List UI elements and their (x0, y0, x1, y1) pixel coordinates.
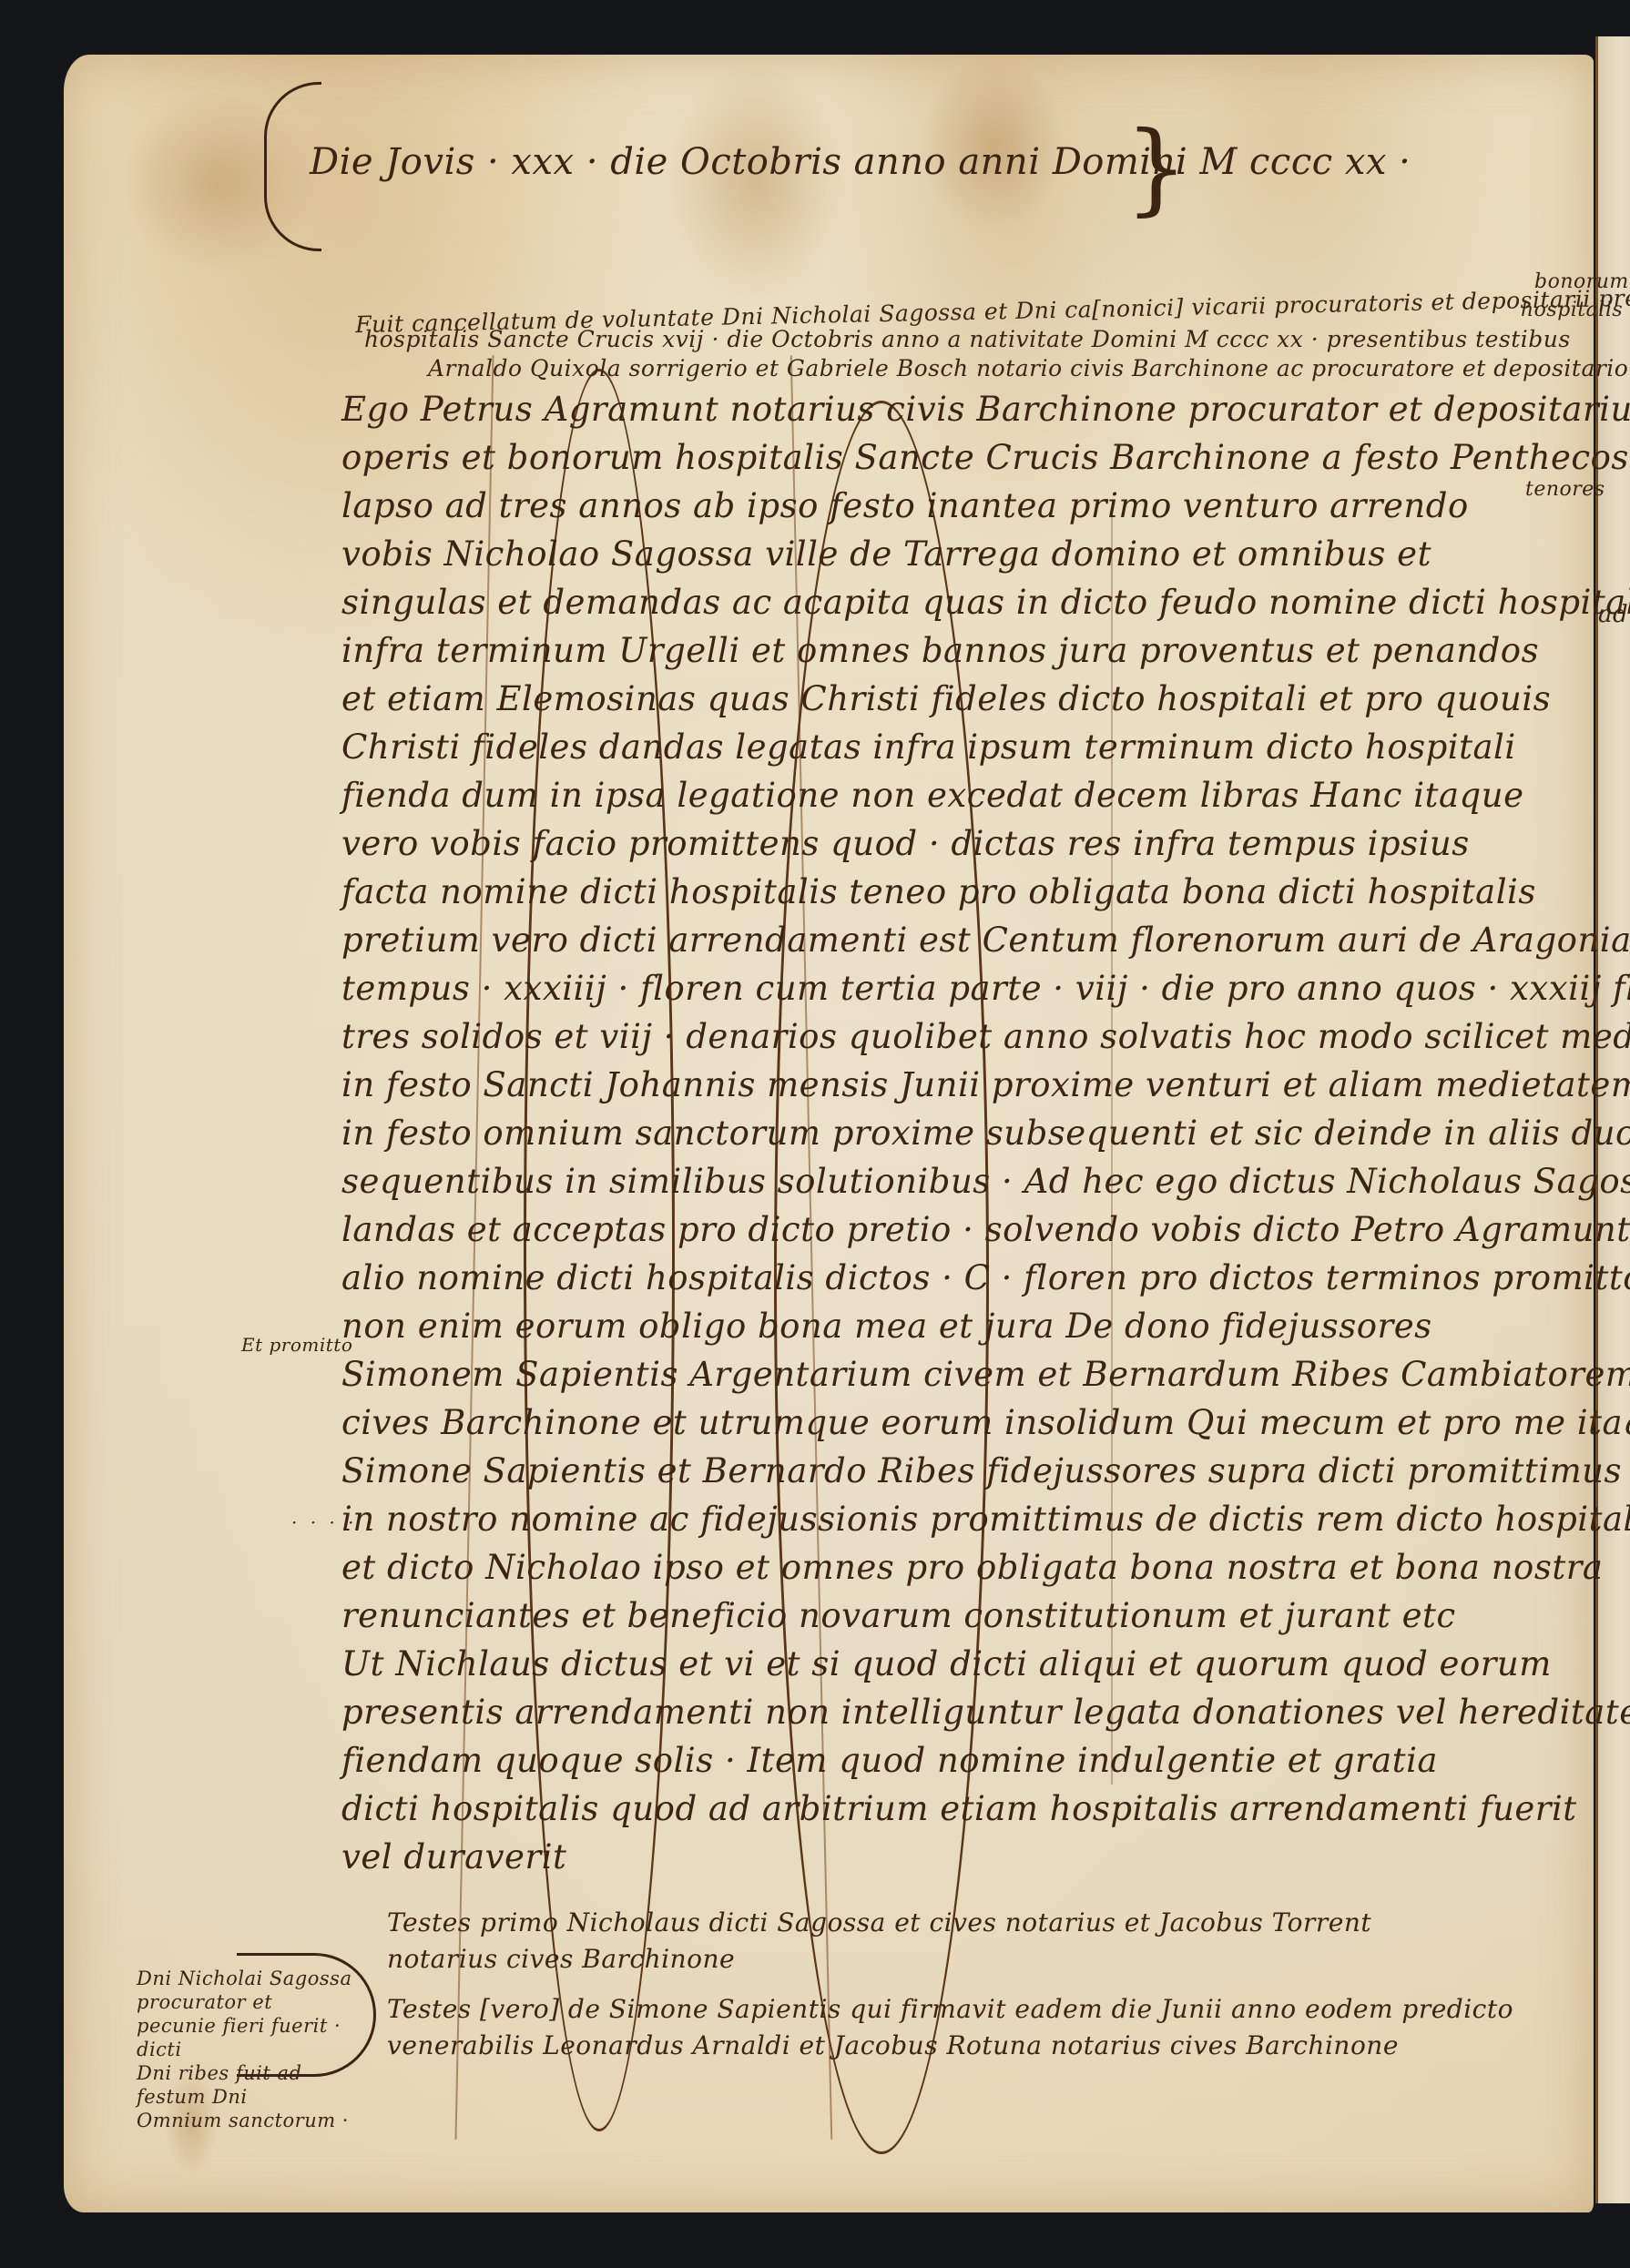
body-line: tempus · xxxiiij · floren cum tertia par… (341, 969, 1630, 1008)
margin-note-right: tenores (1525, 478, 1605, 501)
body-line: Ego Petrus Agramunt notarius civis Barch… (341, 390, 1630, 429)
margin-note-promitto: Et promitto (241, 1334, 352, 1356)
margin-note-right: bonorum (1534, 270, 1629, 293)
body-line: operis et bonorum hospitalis Sancte Cruc… (341, 438, 1630, 477)
witness-line: Testes primo Nicholaus dicti Sagossa et … (387, 1907, 1371, 1937)
body-line: dicti hospitalis quod ad arbitrium etiam… (341, 1789, 1577, 1828)
margin-dots: · · · · · (291, 1511, 376, 1533)
manuscript-page: Die Jovis · xxx · die Octobris anno anni… (64, 55, 1594, 2212)
witness-line: Testes [vero] de Simone Sapientis qui fi… (387, 1994, 1513, 2024)
body-line: fiendam quoque solis · Item quod nomine … (341, 1741, 1438, 1780)
body-line: et dicto Nicholao ipso et omnes pro obli… (341, 1548, 1603, 1587)
body-line: singulas et demandas ac acapita quas in … (341, 583, 1630, 622)
body-line: Simonem Sapientis Argentarium civem et B… (341, 1355, 1630, 1394)
body-line: tres solidos et viij · denarios quolibet… (341, 1017, 1630, 1056)
margin-note-enclosure (237, 1953, 376, 2077)
right-brace: } (1125, 109, 1189, 226)
dateline: Die Jovis · xxx · die Octobris anno anni… (310, 141, 1411, 183)
body-line: in festo omnium sanctorum proxime subseq… (341, 1114, 1630, 1153)
body-line: Simone Sapientis et Bernardo Ribes fidej… (341, 1451, 1622, 1490)
body-line: landas et acceptas pro dicto pretio · so… (341, 1210, 1630, 1249)
body-line: pretium vero dicti arrendamenti est Cent… (341, 920, 1630, 960)
body-line: Ut Nichlaus dictus et vi et si quod dict… (341, 1644, 1552, 1683)
body-line: cives Barchinone et utrumque eorum insol… (341, 1403, 1630, 1442)
preamble-line: hospitalis Sancte Crucis xvij · die Octo… (364, 326, 1571, 352)
body-line: Christi fideles dandas legatas infra ips… (341, 727, 1516, 767)
body-line: et etiam Elemosinas quas Christi fideles… (341, 679, 1551, 718)
body-line: fienda dum in ipsa legatione non excedat… (341, 776, 1523, 815)
body-line: in festo Sancti Johannis mensis Junii pr… (341, 1065, 1630, 1104)
body-line: vobis Nicholao Sagossa ville de Tarrega … (341, 534, 1431, 574)
body-line: renunciantes et beneficio novarum consti… (341, 1596, 1456, 1635)
body-line: infra terminum Urgelli et omnes bannos j… (341, 631, 1539, 670)
witness-line: notarius cives Barchinone (387, 1944, 735, 1974)
body-line: in nostro nomine ac fidejussionis promit… (341, 1500, 1630, 1539)
body-line: presentis arrendamenti non intelliguntur… (341, 1693, 1630, 1732)
body-line: sequentibus in similibus solutionibus · … (341, 1162, 1630, 1201)
body-line: facta nomine dicti hospitalis teneo pro … (341, 872, 1536, 911)
next-page-fragment: ad (1598, 601, 1628, 628)
body-line: vero vobis facio promittens quod · dicta… (341, 824, 1470, 863)
body-line: non enim eorum obligo bona mea et jura D… (341, 1307, 1432, 1346)
preamble-line: Arnaldo Quixola sorrigerio et Gabriele B… (428, 355, 1628, 381)
margin-note-line: Omnium sanctorum · (137, 2109, 355, 2132)
body-line: vel duraverit (341, 1837, 566, 1876)
body-line: lapso ad tres annos ab ipso festo inante… (341, 486, 1469, 525)
witness-line: venerabilis Leonardus Arnaldi et Jacobus… (387, 2030, 1399, 2060)
margin-note-right: hospitalis (1521, 299, 1623, 321)
body-line: alio nomine dicti hospitalis dictos · C … (341, 1258, 1630, 1297)
